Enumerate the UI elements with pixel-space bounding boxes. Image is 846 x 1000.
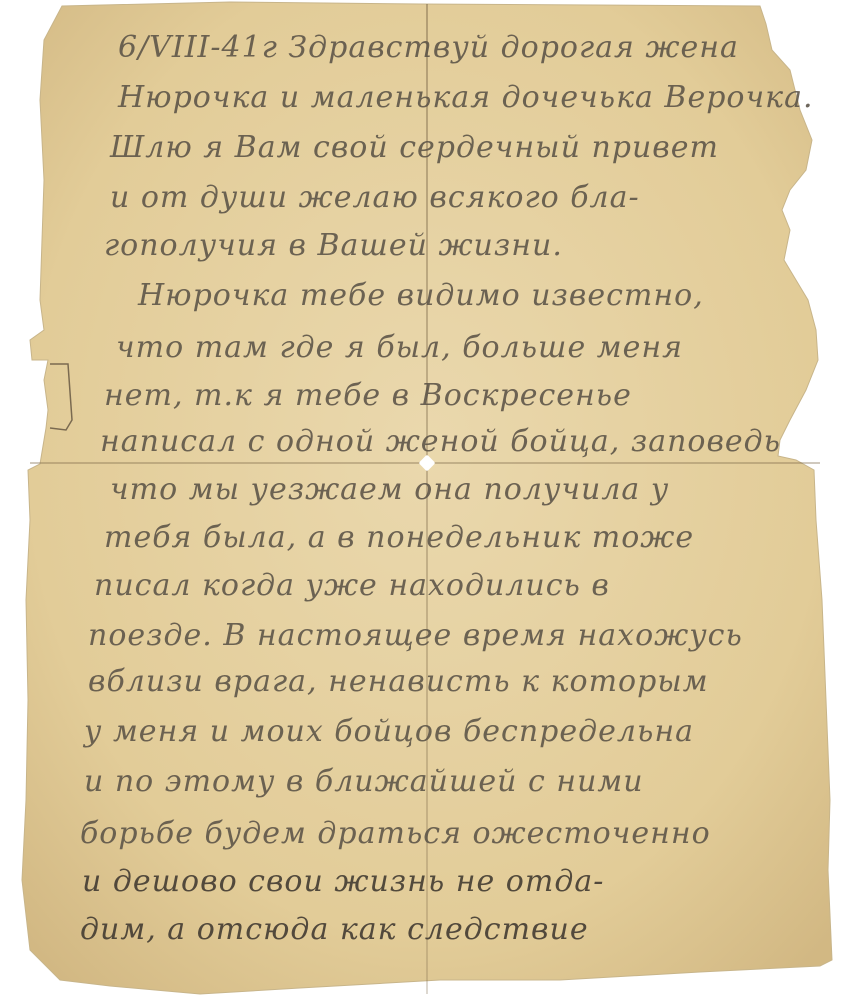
letter-line: гополучия в Вашей жизни. [104, 228, 563, 263]
letter-line: и дешово свои жизнь не отда- [82, 864, 604, 899]
letter-line: у меня и моих бойцов беспредельна [84, 714, 694, 749]
letter-line: поезде. В настоящее время нахожусь [88, 618, 743, 653]
letter-line: нет, т.к я тебе в Воскресенье [104, 378, 632, 413]
letter-line: 6/VIII-41г Здравствуй дорогая жена [118, 30, 739, 65]
letter-line: вблизи врага, ненависть к которым [88, 664, 709, 699]
letter-line: что там где я был, больше меня [116, 330, 683, 365]
letter-line: и по этому в ближайшей с ними [84, 764, 644, 799]
letter-line: тебя была, а в понедельник тоже [104, 520, 694, 555]
letter-line: Нюрочка тебе видимо известно, [138, 278, 704, 313]
letter-line: Шлю я Вам свой сердечный привет [110, 130, 719, 165]
letter-line: написал с одной женой бойца, заповедь [100, 424, 781, 459]
letter-sheet: 6/VIII-41г Здравствуй дорогая жена Нюроч… [0, 0, 846, 1000]
letter-text: 6/VIII-41г Здравствуй дорогая жена Нюроч… [0, 0, 846, 1000]
letter-line: и от души желаю всякого бла- [110, 180, 640, 215]
letter-line: что мы уезжаем она получила у [110, 472, 669, 507]
letter-line: писал когда уже находились в [94, 568, 610, 603]
letter-line: борьбе будем драться ожесточенно [80, 816, 711, 851]
letter-line: Нюрочка и маленькая дочечька Верочка. [118, 80, 814, 115]
letter-line: дим, а отсюда как следствие [80, 912, 589, 947]
